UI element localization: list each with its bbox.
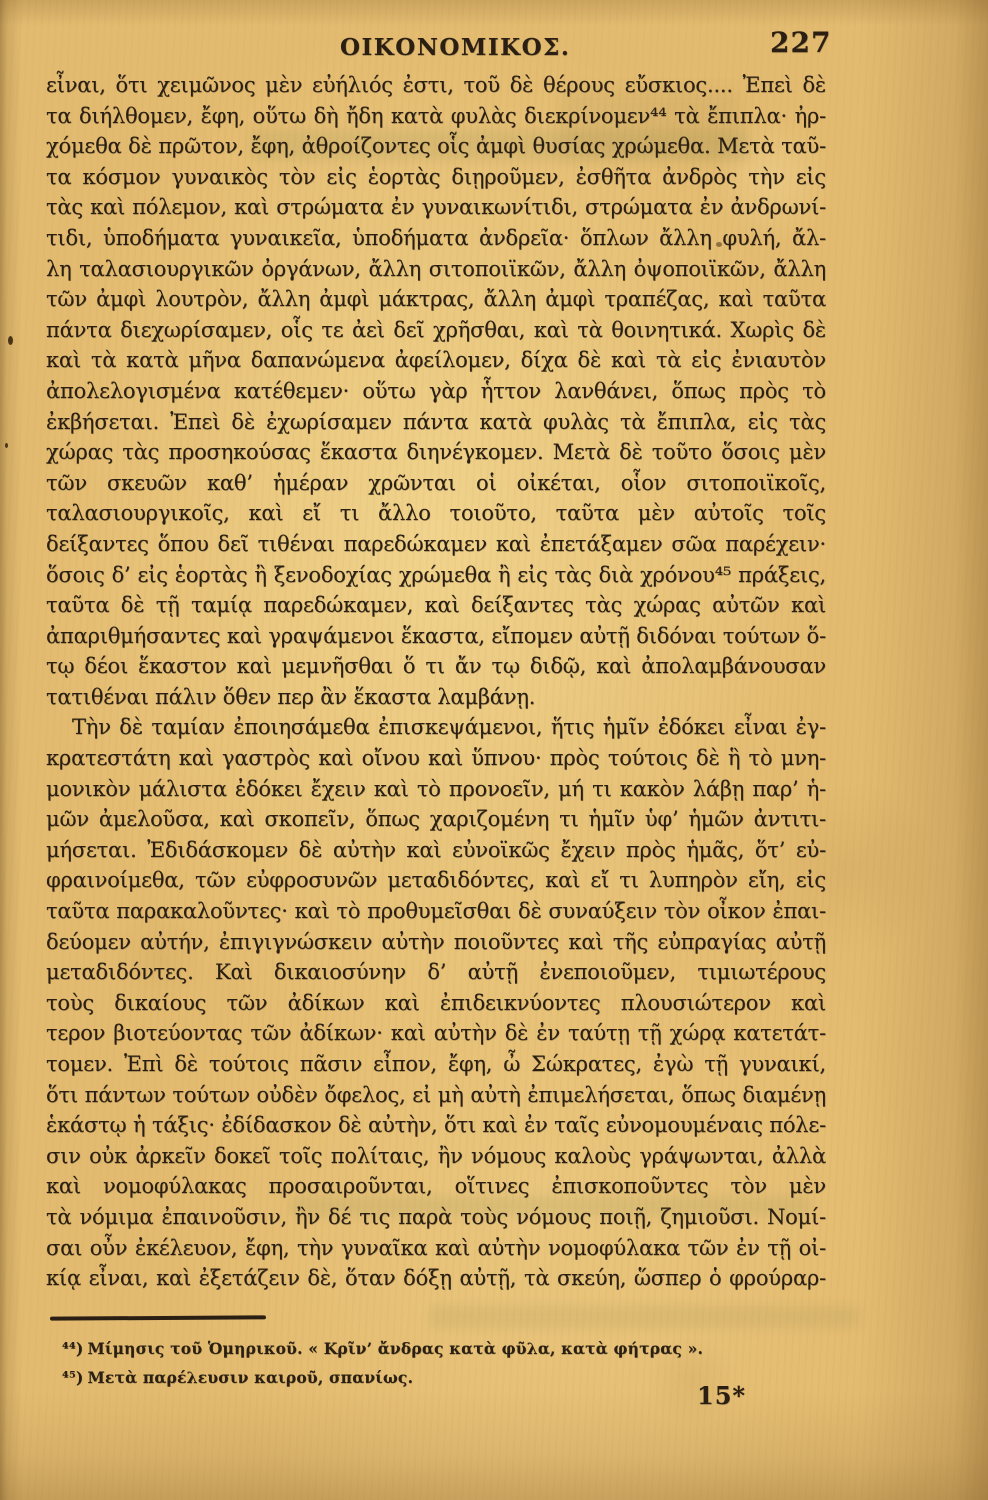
text-line: δείξαντες ὅπου δεῖ τιθέναι παρεδώκαμεν κ… [46, 529, 826, 560]
text-line: σιν οὐκ ἀρκεῖν δοκεῖ τοῖς πολίταις, ἢν ν… [46, 1141, 826, 1172]
text-line: ταῦτα παρακαλοῦντες· καὶ τὸ προθυμεῖσθαι… [46, 896, 826, 927]
text-line: ἑκάστῳ ἡ τάξις· ἐδίδασκον δὲ αὐτὴν, ὅτι … [46, 1110, 826, 1141]
text-line: τα διήλθομεν, ἔφη, οὕτω δὴ ἤδη κατὰ φυλὰ… [46, 101, 826, 132]
text-line: σαι οὖν ἐκέλευον, ἔφη, τὴν γυναῖκα καὶ α… [46, 1233, 826, 1264]
text-line: τομεν. Ἐπὶ δὲ τούτοις πᾶσιν εἶπον, ἔφη, … [46, 1049, 826, 1080]
text-line: χώρας τὰς προσηκούσας ἕκαστα διηνέγκομεν… [46, 437, 826, 468]
text-line: τὰς καὶ πόλεμον, καὶ στρώματα ἐν γυναικω… [46, 192, 826, 223]
text-line: τῳ δέοι ἕκαστον καὶ μεμνῆσθαι ὅ τι ἄν τῳ… [46, 651, 826, 682]
footnote-rule [50, 1315, 266, 1320]
book-page: ΟΙΚΟΝΟΜΙΚΟΣ. 227 εἶναι, ὅτι χειμῶνος μὲν… [0, 0, 988, 1500]
text-line: τῶν ἀμφὶ λουτρὸν, ἄλλη ἀμφὶ μάκτρας, ἄλλ… [46, 284, 826, 315]
text-line: ταῦτα δὲ τῇ ταμίᾳ παρεδώκαμεν, καὶ δείξα… [46, 590, 826, 621]
footnote-item: ⁴⁵)Μετὰ παρέλευσιν καιροῦ, σπανίως. [62, 1363, 762, 1392]
page-title: ΟΙΚΟΝΟΜΙΚΟΣ. [340, 34, 570, 61]
text-line: μονικὸν μάλιστα ἐδόκει ἔχειν καὶ τὸ προν… [46, 774, 826, 805]
text-line: τα κόσμον γυναικὸς τὸν εἰς ἑορτὰς διῃροῦ… [46, 162, 826, 193]
text-line: ταλασιουργικοῖς, καὶ εἴ τι ἄλλο τοιοῦτο,… [46, 498, 826, 529]
show-through-smudge [430, 1306, 860, 1328]
text-line: ὅσοις δ’ εἰς ἑορτὰς ἢ ξενοδοχίας χρώμεθα… [46, 560, 826, 591]
text-line: τατιθέναι πάλιν ὅθεν περ ἂν ἕκαστα λαμβά… [46, 682, 826, 713]
footnote-text: Μίμησις τοῦ Ὁμηρικοῦ. « Κρῖν’ ἄνδρας κατ… [88, 1339, 704, 1358]
page-number: 227 [770, 26, 831, 59]
text-line: μῶν ἀμελοῦσα, καὶ σκοπεῖν, ὅπως χαριζομέ… [46, 804, 826, 835]
text-line: εἶναι, ὅτι χειμῶνος μὲν εὐήλιός ἐστι, το… [46, 70, 826, 101]
text-line: καὶ τὰ κατὰ μῆνα δαπανώμενα ἀφείλομεν, δ… [46, 345, 826, 376]
text-line: κίᾳ εἶναι, καὶ ἐξετάζειν δὲ, ὅταν δόξῃ α… [46, 1263, 826, 1294]
text-line: δεύομεν αὐτήν, ἐπιγιγνώσκειν αὐτὴν ποιοῦ… [46, 927, 826, 958]
text-line: μεταδιδόντες. Καὶ δικαιοσύνην δ’ αὐτῇ ἐν… [46, 957, 826, 988]
ink-speck [8, 336, 13, 345]
body-text: εἶναι, ὅτι χειμῶνος μὲν εὐήλιός ἐστι, το… [46, 70, 826, 1294]
footnote-item: ⁴⁴)Μίμησις τοῦ Ὁμηρικοῦ. « Κρῖν’ ἄνδρας … [62, 1334, 762, 1363]
text-line: ἐκβήσεται. Ἐπεὶ δὲ ἐχωρίσαμεν πάντα κατὰ… [46, 407, 826, 438]
text-line: Τὴν δὲ ταμίαν ἐποιησάμεθα ἐπισκεψάμενοι,… [46, 712, 826, 743]
text-line: ἀπαριθμήσαντες καὶ γραψάμενοι ἕκαστα, εἴ… [46, 621, 826, 652]
footnotes: ⁴⁴)Μίμησις τοῦ Ὁμηρικοῦ. « Κρῖν’ ἄνδρας … [62, 1334, 762, 1392]
text-line: τιδι, ὑποδήματα γυναικεῖα, ὑποδήματα ἀνδ… [46, 223, 826, 254]
text-line: τῶν σκευῶν καθ’ ἡμέραν χρῶνται οἱ οἰκέτα… [46, 468, 826, 499]
text-line: τερον βιοτεύοντας τῶν ἀδίκων· καὶ αὐτὴν … [46, 1018, 826, 1049]
footnote-text: Μετὰ παρέλευσιν καιροῦ, σπανίως. [88, 1368, 414, 1387]
signature-number: 15* [697, 1381, 746, 1410]
footnote-marker: ⁴⁴) [62, 1339, 84, 1358]
ink-speck [5, 443, 8, 448]
text-line: μήσεται. Ἐδιδάσκομεν δὲ αὐτὴν καὶ εὐνοϊκ… [46, 835, 826, 866]
footnote-marker: ⁴⁵) [62, 1368, 84, 1387]
text-line: κρατεστάτη καὶ γαστρὸς καὶ οἴνου καὶ ὕπν… [46, 743, 826, 774]
text-line: ἀπολελογισμένα κατέθεμεν· οὕτω γὰρ ἧττον… [46, 376, 826, 407]
text-line: φραινοίμεθα, τῶν εὐφροσυνῶν μεταδιδόντες… [46, 865, 826, 896]
text-line: ὅτι πάντων τούτων οὐδὲν ὄφελος, εἰ μὴ αὐ… [46, 1080, 826, 1111]
text-line: λη ταλασιουργικῶν ὀργάνων, ἄλλη σιτοποιϊ… [46, 254, 826, 285]
text-line: τὰ νόμιμα ἐπαινοῦσιν, ἢν δέ τις παρὰ τοὺ… [46, 1202, 826, 1233]
text-line: πάντα διεχωρίσαμεν, οἷς τε ἀεὶ δεῖ χρῆσθ… [46, 315, 826, 346]
text-line: χόμεθα δὲ πρῶτον, ἔφη, ἀθροίζοντες οἷς ἀ… [46, 131, 826, 162]
page-header: ΟΙΚΟΝΟΜΙΚΟΣ. 227 [0, 26, 988, 66]
text-line: τοὺς δικαίους τῶν ἀδίκων καὶ ἐπιδεικνύον… [46, 988, 826, 1019]
text-line: καὶ νομοφύλακας προσαιροῦνται, οἵτινες ἐ… [46, 1171, 826, 1202]
